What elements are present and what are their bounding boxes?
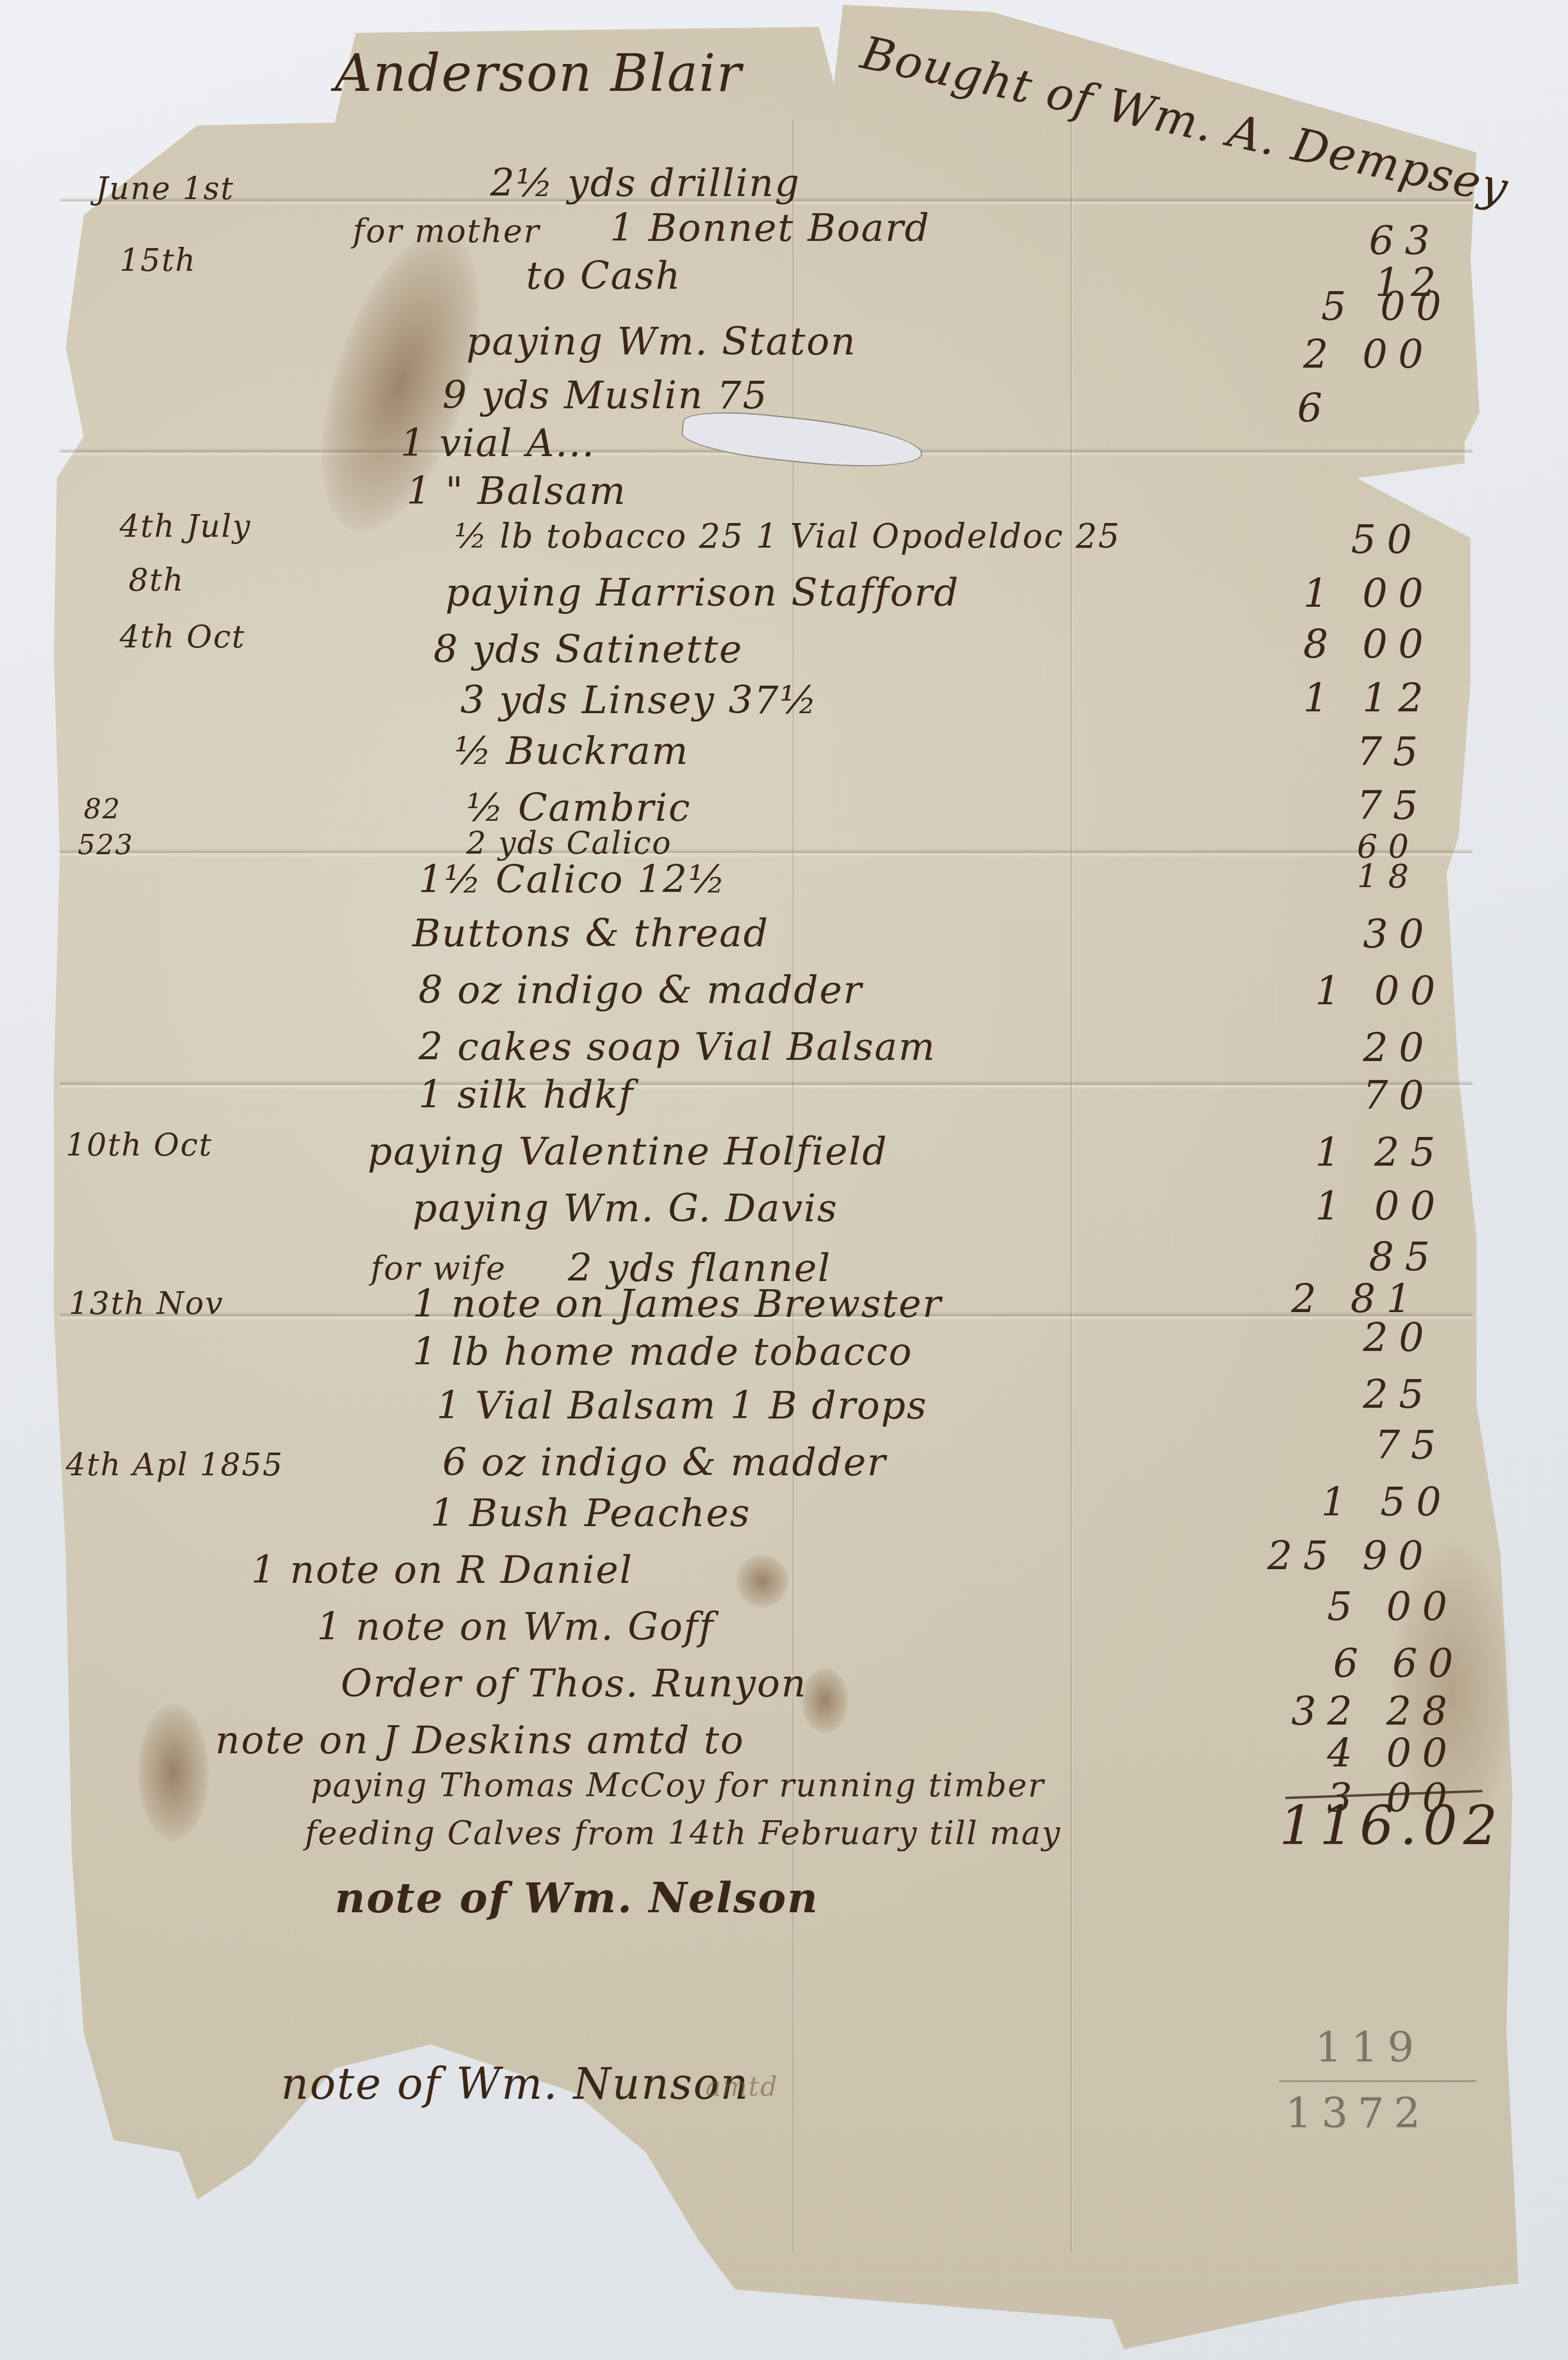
margin-figure: 82 xyxy=(84,795,121,823)
entry-amount: 25 90 xyxy=(1267,1536,1434,1576)
entry-item: ½ Buckram xyxy=(454,732,689,771)
entry-amount: 1 25 xyxy=(1315,1133,1446,1172)
entry-item: 1 Vial Balsam 1 B drops xyxy=(436,1387,928,1425)
entry-date: 4th July xyxy=(120,511,251,542)
entry-item: 8 yds Satinette xyxy=(433,631,743,669)
entry-item: paying Harrison Stafford xyxy=(445,574,959,612)
entry-amount: 30 xyxy=(1363,915,1435,954)
entry-item: 1 Bonnet Board xyxy=(610,209,930,247)
entry-amount: 1 50 xyxy=(1321,1482,1452,1522)
entry-amount: 50 xyxy=(1351,520,1423,560)
entry-amount: 4 00 xyxy=(1327,1734,1458,1773)
entry-item: feeding Calves from 14th February till m… xyxy=(305,1817,1061,1850)
entry-item: 1 note on R Daniel xyxy=(251,1551,633,1589)
entry-item: 2 yds Calico xyxy=(466,828,672,859)
entry-amount: 1 00 xyxy=(1315,1187,1446,1226)
entry-amount: 8 00 xyxy=(1303,625,1434,664)
fold-line xyxy=(60,849,1472,857)
pencil-rule xyxy=(1279,2080,1477,2082)
entry-amount: 6 60 xyxy=(1333,1644,1464,1683)
entry-amount: 5 00 xyxy=(1327,1587,1458,1627)
entry-note: for wife xyxy=(371,1252,506,1285)
entry-item: paying Wm. G. Davis xyxy=(412,1190,838,1228)
entry-amount: 20 xyxy=(1363,1318,1435,1358)
entry-amount: 20 xyxy=(1363,1028,1435,1068)
entry-item: ½ Cambric xyxy=(466,789,691,827)
entry-amount: 1 12 xyxy=(1303,678,1434,718)
entry-amount: 25 xyxy=(1363,1375,1435,1414)
entry-amount: 1 00 xyxy=(1315,971,1446,1011)
entry-item: Order of Thos. Runyon xyxy=(341,1665,807,1703)
entry-amount: 2 81 xyxy=(1291,1279,1422,1319)
entry-item: to Cash xyxy=(526,257,681,295)
entry-item: 9 yds Muslin 75 xyxy=(442,377,768,415)
entry-date: 4th Apl 1855 xyxy=(66,1450,283,1481)
entry-amount: 75 xyxy=(1375,1426,1447,1465)
ink-blot xyxy=(801,1668,849,1734)
entry-item: 3 yds Linsey 37½ xyxy=(460,681,818,720)
entry-amount: 63 xyxy=(1369,221,1441,261)
ledger-total: 116.02 xyxy=(1279,1799,1503,1853)
entry-item: paying Wm. Staton xyxy=(466,323,857,361)
entry-item: note on J Deskins amtd to xyxy=(215,1722,745,1760)
fold-line xyxy=(60,1081,1472,1089)
entry-date: 13th Nov xyxy=(69,1288,224,1319)
entry-item: 1 lb home made tobacco xyxy=(412,1333,913,1371)
entry-item: 1½ Calico 12½ xyxy=(418,861,726,899)
entry-item: 1 silk hdkf xyxy=(418,1076,634,1114)
margin-figure: 523 xyxy=(78,831,134,858)
pencil-figure: 1372 xyxy=(1285,2092,1430,2134)
entry-date: 10th Oct xyxy=(66,1130,213,1161)
entry-amount: 1 00 xyxy=(1303,574,1434,613)
footer-note-faint: amtd xyxy=(705,2074,778,2101)
entry-item: 1 vial A... xyxy=(401,424,595,463)
entry-amount: 32 28 xyxy=(1291,1692,1458,1731)
entry-note: for mother xyxy=(353,215,540,247)
entry-amount: 6 xyxy=(1297,389,1333,428)
entry-amount: 70 xyxy=(1363,1076,1435,1115)
entry-item: 2½ yds drilling xyxy=(490,164,800,203)
entry-item: 1 Bush Peaches xyxy=(430,1494,751,1533)
entry-amount: 75 xyxy=(1357,786,1429,826)
customer-name: Anderson Blair xyxy=(335,48,742,99)
entry-item: ½ lb tobacco 25 1 Vial Opodeldoc 25 xyxy=(454,520,1121,554)
entry-item: 1 " Balsam xyxy=(406,472,626,510)
fold-line xyxy=(1070,120,1074,2252)
entry-item: 8 oz indigo & madder xyxy=(418,971,863,1010)
entry-item: 1 note on Wm. Goff xyxy=(317,1608,714,1646)
pencil-figure: 119 xyxy=(1315,2026,1424,2068)
entry-amount: 85 xyxy=(1369,1237,1441,1277)
entry-date: June 1st xyxy=(96,173,234,204)
entry-item: 2 cakes soap Vial Balsam xyxy=(418,1028,936,1066)
entry-amount: 5 00 xyxy=(1321,287,1452,326)
entry-item: Buttons & thread xyxy=(412,915,769,953)
entry-amount: 18 xyxy=(1357,861,1420,893)
ink-blot xyxy=(735,1554,789,1608)
entry-amount: 75 xyxy=(1357,732,1429,772)
footer-note: note of Wm. Nunson xyxy=(281,2062,750,2105)
entry-item: paying Valentine Holfield xyxy=(368,1133,888,1171)
entry-item: note of Wm. Nelson xyxy=(335,1877,819,1919)
entry-item: 1 note on James Brewster xyxy=(412,1285,942,1323)
ink-stain xyxy=(137,1704,209,1841)
entry-date: 4th Oct xyxy=(120,622,246,653)
entry-amount: 2 00 xyxy=(1303,335,1434,374)
entry-item: paying Thomas McCoy for running timber xyxy=(311,1769,1045,1802)
entry-date: 15th xyxy=(120,245,197,276)
entry-item: 6 oz indigo & madder xyxy=(442,1444,887,1482)
entry-date: 8th xyxy=(129,565,184,596)
